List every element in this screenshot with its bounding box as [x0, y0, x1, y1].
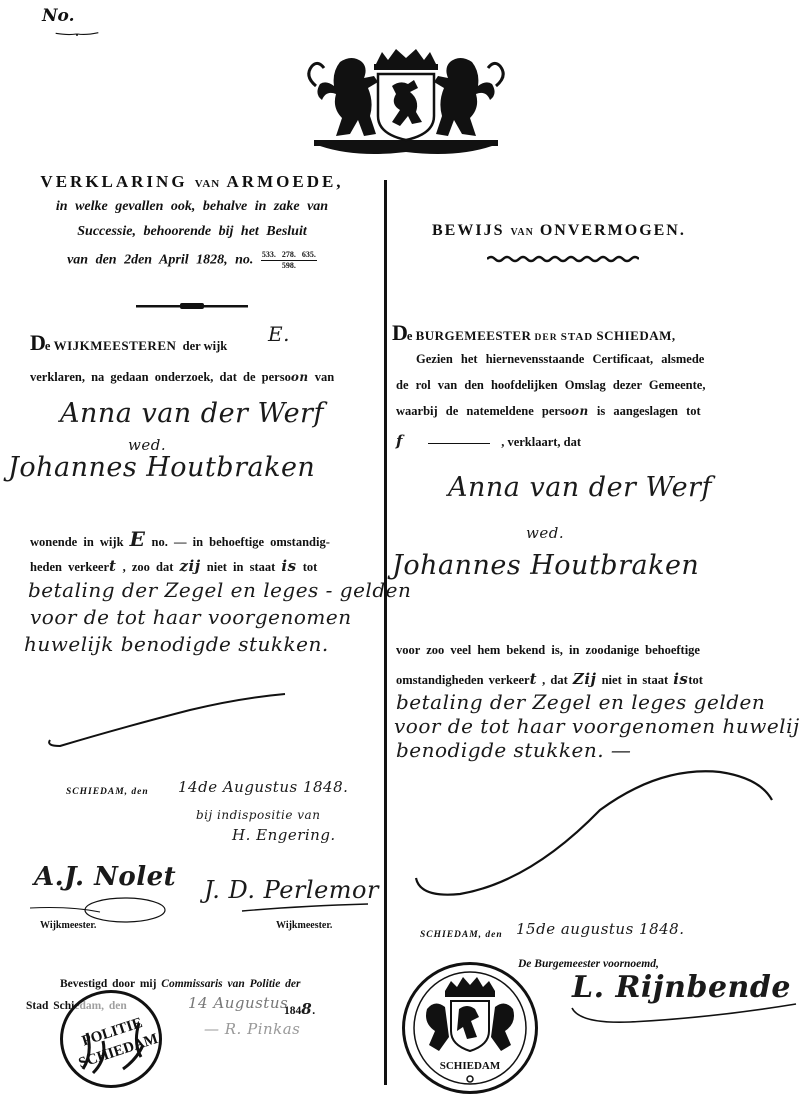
left-purpose-line-1: betaling der Zegel en leges - gelden [28, 578, 411, 602]
right-para-line-2: de rol van den hoofdelijken Omslag dezer… [396, 378, 705, 393]
tot-right: tot [688, 673, 703, 687]
dat-text: , dat [542, 673, 568, 687]
title-word-armoede: ARMOEDE, [227, 172, 344, 191]
right-purpose-line-1: betaling der Zegel en leges gelden [396, 690, 765, 714]
signature-perlemor-underline [240, 902, 370, 914]
wijkmeesteren-caps: WIJKMEESTEREN [54, 338, 177, 353]
right-closing-flourish [400, 770, 790, 900]
schiedam-den-printed: SCHIEDAM, den [66, 787, 149, 797]
left-intro-line: De WIJKMEESTEREN der wijk [30, 330, 227, 356]
verklaren-text: verklaren, na gedaan onderzoek, dat de p… [30, 370, 291, 384]
indisposition-note-line-1: bij indispositie van [196, 808, 320, 822]
intro-e-right: e [407, 329, 413, 343]
amount-blank-line [428, 443, 490, 444]
verkeer-t-hand-right: t [530, 670, 537, 688]
residence-mid-text: no. — in behoeftige omstandig- [152, 535, 330, 549]
signer-1-title: Wijkmeester. [40, 920, 96, 931]
right-husband-name: Johannes Houtbraken [392, 550, 699, 581]
guilder-sign: f [396, 432, 403, 450]
svg-text:SCHIEDAM: SCHIEDAM [440, 1060, 501, 1072]
legalization-line-1: Bevestigd door mij Commissaris van Polit… [60, 978, 301, 990]
left-residence-line: wonende in wijk E no. — in behoeftige om… [30, 527, 330, 551]
heden-verkeer-text: heden verkeer [30, 560, 109, 574]
left-date-hand: 14de Augustus 1848. [178, 778, 348, 796]
decree-date: van den 2den April 1828, no. [67, 253, 253, 268]
wonende-text: wonende in wijk [30, 535, 124, 549]
left-person-name: Anna van der Werf [60, 398, 324, 429]
waarbij-text: waarbij de natemeldene perso [396, 404, 571, 418]
faint-commissaris-signature: — R. Pinkas [204, 1020, 300, 1038]
is-hand-right: is [673, 670, 688, 688]
police-seal-icon: POLITIE SCHIEDAM [63, 993, 159, 1085]
perso-suffix-hand: on [291, 370, 309, 384]
intro-e: e [45, 339, 51, 353]
tot-text: tot [303, 560, 318, 574]
subtitle-line-3: van den 2den April 1828, no. 533. 278. 6… [0, 250, 384, 271]
left-circumstance-line: heden verkeert , zoo dat zij niet in sta… [30, 557, 317, 575]
right-purpose-line-3: benodigde stukken. — [396, 738, 631, 762]
right-para-line-3: waarbij de natemeldene persoon is aanges… [396, 404, 701, 419]
zoo-dat-text: , zoo dat [123, 560, 174, 574]
city-seal-stamp: SCHIEDAM [402, 962, 538, 1094]
right-para-line-1: Gezien het hiernevensstaande Certificaat… [416, 352, 704, 367]
left-line-2: verklaren, na gedaan onderzoek, dat de p… [30, 370, 334, 385]
decree-numbers-fraction: 533. 278. 635. 598. [261, 250, 317, 271]
zij-hand: zij [180, 557, 201, 575]
left-closing-flourish [40, 680, 300, 750]
omstandigheden-text: omstandigheden verkeer [396, 673, 530, 687]
ornamental-rule [136, 303, 248, 309]
right-place-date: SCHIEDAM, den [420, 928, 503, 940]
verklaart-dat-text: , verklaart, dat [501, 435, 581, 449]
city-seal-icon: SCHIEDAM [405, 965, 535, 1091]
is-hand: is [281, 557, 296, 575]
wijk-letter-hand: E. [268, 322, 290, 346]
left-purpose-line-3: huwelijk benodigde stukken. [24, 632, 329, 656]
verkeer-t-hand: t [109, 557, 116, 575]
signer-2-title: Wijkmeester. [276, 920, 332, 931]
year-printed: 184 [284, 1005, 301, 1017]
bevestigd-text: Bevestigd door mij [60, 978, 156, 990]
der-wijk: der wijk [183, 339, 228, 353]
subtitle-line-1: in welke gevallen ook, behalve in zake v… [0, 199, 384, 215]
coat-of-arms-icon [296, 46, 516, 162]
right-known-line: voor zoo veel hem bekend is, in zoodanig… [396, 643, 700, 658]
perso-suffix-hand-right: on [571, 404, 589, 418]
indisposition-note-line-2: H. Engering. [232, 826, 336, 844]
drop-cap-d-right: D [392, 320, 407, 345]
right-circumstance-line: omstandigheden verkeert , dat Zij niet i… [396, 670, 703, 688]
stad-smallcaps: STAD [561, 331, 594, 343]
right-purpose-line-2: voor de tot haar voorgenomen huwelijk [394, 714, 800, 738]
wavy-rule [487, 255, 639, 263]
title-word-bewijs: BEWIJS [432, 222, 504, 239]
title-word-van-right: VAN [510, 227, 533, 238]
title-word-onvermogen: ONVERMOGEN. [540, 222, 686, 239]
signature-perlemor: J. D. Perlemor [204, 876, 379, 904]
drop-cap-d: D [30, 330, 45, 355]
year-digit-hand: 8 [301, 1000, 312, 1018]
left-title: VERKLARING VAN ARMOEDE, [0, 172, 384, 192]
schiedam-caps: SCHIEDAM, [596, 328, 675, 343]
right-date-hand: 15de augustus 1848. [516, 920, 685, 938]
left-purpose-line-2: voor de tot haar voorgenomen [30, 605, 352, 629]
mayor-label: De Burgemeester voornoemd, [518, 958, 659, 970]
residence-wijk-hand: E [130, 527, 146, 551]
column-divider [384, 180, 387, 1085]
document-number-label: No. [42, 6, 75, 26]
right-widow-abbrev: wed. [526, 524, 564, 542]
decree-numbers-bottom: 598. [261, 261, 317, 271]
number-underline-ornament [44, 32, 110, 36]
mayor-signature-flourish [570, 1000, 798, 1030]
right-intro-line: De BURGEMEESTER DER STAD SCHIEDAM, [392, 320, 676, 346]
schiedam-den-printed-right: SCHIEDAM, den [420, 930, 503, 940]
der-smallcaps: DER [535, 333, 558, 343]
title-word-verklaring: VERKLARING [40, 172, 187, 191]
right-para-line-4: f , verklaart, dat [396, 432, 581, 450]
subtitle-line-2: Successie, behoorende bij het Besluit [0, 224, 384, 240]
legalization-year: 1848. [284, 1000, 315, 1018]
aangeslagen-text: is aangeslagen tot [597, 404, 701, 418]
legalization-date-hand: 14 Augustus [188, 994, 288, 1012]
van-text: van [315, 370, 334, 384]
niet-in-staat-text: niet in staat [207, 560, 276, 574]
left-place-date: SCHIEDAM, den [66, 785, 149, 797]
right-person-name: Anna van der Werf [448, 472, 712, 503]
niet-in-staat-right: niet in staat [602, 673, 669, 687]
police-seal-stamp: POLITIE SCHIEDAM [60, 990, 162, 1088]
zij-hand-right: Zij [573, 670, 597, 688]
right-title: BEWIJS VAN ONVERMOGEN. [400, 222, 800, 240]
decree-numbers-top: 533. 278. 635. [261, 250, 317, 261]
left-husband-name: Johannes Houtbraken [8, 452, 315, 483]
title-word-van: VAN [195, 178, 220, 190]
burgemeester-caps: BURGEMEESTER [416, 328, 532, 343]
commissaris-text: Commissaris van Politie der [161, 978, 300, 990]
